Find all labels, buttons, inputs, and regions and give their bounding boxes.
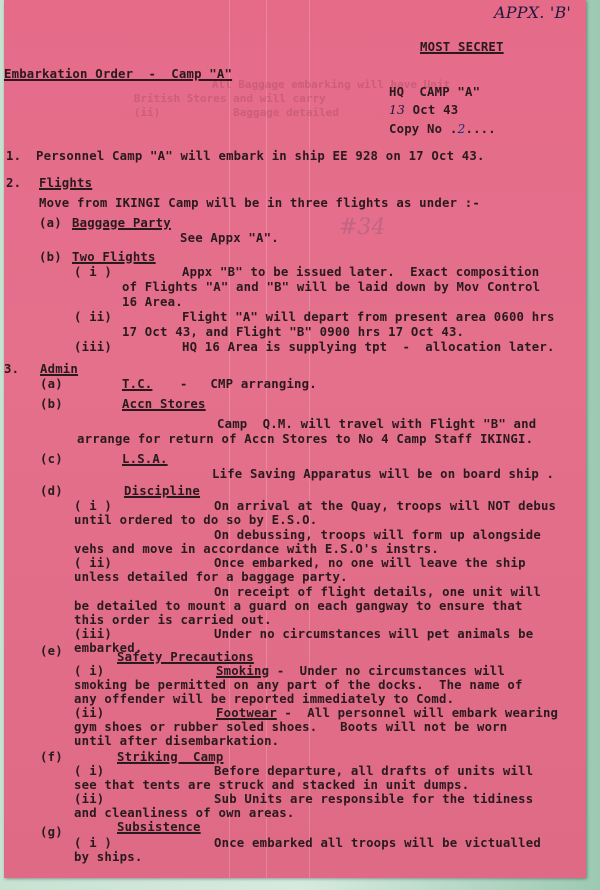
- para-3b-line: arrange for return of Accn Stores to No …: [77, 432, 533, 446]
- document-title: Embarkation Order - Camp "A": [4, 67, 232, 81]
- para-3d-heading: Discipline: [124, 484, 200, 498]
- para-3d-line: On arrival at the Quay, troops will NOT …: [214, 499, 556, 513]
- footwear-subheading: Footwear: [216, 706, 277, 720]
- para-3d-line: On receipt of flight details, one unit w…: [214, 585, 541, 599]
- para-2b-ii-line: Flight "A" will depart from present area…: [182, 310, 555, 324]
- para-2-number: 2.: [6, 176, 21, 190]
- para-1-number: 1.: [6, 149, 21, 163]
- para-3f-heading: Striking Camp: [117, 750, 223, 764]
- para-2a-heading: Baggage Party: [72, 216, 171, 230]
- appendix-annotation: APPX. 'B': [494, 6, 571, 20]
- para-2b-iii-label: (iii): [74, 340, 112, 354]
- para-3d-label: (d): [40, 484, 63, 498]
- para-3d-label-ii: ( ii): [74, 556, 112, 570]
- para-3f-line: Sub Units are responsible for the tidine…: [214, 792, 533, 806]
- para-3f-line: and cleanliness of own areas.: [74, 806, 295, 820]
- para-2a-text: See Appx "A".: [180, 231, 279, 245]
- footwear-text: - All personnel will embark wearing: [277, 706, 558, 720]
- bleed-through-text: British Stores and will carry: [94, 92, 332, 105]
- para-3g-label-i: ( i ): [74, 836, 112, 850]
- para-3c-label: (c): [40, 452, 63, 466]
- para-3e-line: gym shoes or rubber soled shoes. Boots w…: [74, 720, 507, 734]
- para-1-text: Personnel Camp "A" will embark in ship E…: [36, 149, 485, 163]
- para-3e-label: (e): [40, 644, 63, 658]
- copy-label: Copy No .: [389, 122, 457, 136]
- para-3g-line: Once embarked all troops will be victual…: [214, 836, 541, 850]
- para-3-heading: Admin: [40, 362, 78, 376]
- smoking-subheading: Smoking: [216, 664, 269, 678]
- para-3e-line: any offender will be reported immediatel…: [74, 692, 454, 706]
- para-3e-label-i: ( i): [74, 664, 104, 678]
- para-3a-label: (a): [40, 377, 63, 391]
- para-3f-label-ii: (ii): [74, 792, 104, 806]
- para-2b-ii-label: ( ii): [74, 310, 112, 324]
- para-3d-line: Under no circumstances will pet animals …: [214, 627, 533, 641]
- para-3a-heading: T.C.: [122, 377, 152, 391]
- para-3d-line: Once embarked, no one will leave the shi…: [214, 556, 526, 570]
- typed-document-page: All Baggage embarking will have Unit Bri…: [4, 0, 586, 878]
- para-3f-label-i: ( i): [74, 764, 104, 778]
- para-3b-label: (b): [40, 397, 63, 411]
- para-3b-line: Camp Q.M. will travel with Flight "B" an…: [217, 417, 536, 431]
- para-3d-label-iii: (iii): [74, 627, 112, 641]
- date-month-year: Oct 43: [413, 103, 459, 117]
- para-2b-iii-line: HQ 16 Area is supplying tpt - allocation…: [182, 340, 555, 354]
- para-3e-footwear-line: Footwear - All personnel will embark wea…: [216, 706, 558, 720]
- hq-line: HQ CAMP "A": [389, 85, 480, 99]
- para-3e-heading: Safety Precautions: [117, 650, 254, 664]
- para-2b-i-line: 16 Area.: [122, 295, 183, 309]
- para-3e-label-ii: (ii): [74, 706, 104, 720]
- para-2b-ii-line: 17 Oct 43, and Flight "B" 0900 hrs 17 Oc…: [122, 325, 464, 339]
- para-3d-line: unless detailed for a baggage party.: [74, 570, 348, 584]
- faint-stamp-mark: #34: [339, 215, 385, 240]
- handwritten-day: 13: [389, 103, 405, 117]
- date-line: 13 Oct 43: [389, 103, 458, 117]
- para-3d-line: vehs and move in accordance with E.S.O's…: [74, 542, 439, 556]
- para-3c-text: Life Saving Apparatus will be on board s…: [212, 467, 554, 481]
- bleed-through-text: (ii) Baggage detailed: [94, 106, 346, 119]
- para-3g-label: (g): [40, 825, 63, 839]
- para-2-intro: Move from IKINGI Camp will be in three f…: [39, 196, 480, 210]
- para-3d-line: On debussing, troops will form up alongs…: [214, 528, 541, 542]
- para-2a-label: (a): [39, 216, 62, 230]
- para-3e-smoking-line: Smoking - Under no circumstances will: [216, 664, 505, 678]
- para-2-heading: Flights: [39, 176, 92, 190]
- smoking-text: - Under no circumstances will: [269, 664, 505, 678]
- copy-dots: ....: [465, 122, 495, 136]
- para-3b-heading: Accn Stores: [122, 397, 206, 411]
- classification-mark: MOST SECRET: [420, 40, 504, 54]
- para-3d-line: be detailed to mount a guard on each gan…: [74, 599, 523, 613]
- para-3f-line: see that tents are struck and stacked in…: [74, 778, 469, 792]
- para-3f-label: (f): [40, 750, 63, 764]
- para-3d-line: this order is carried out.: [74, 613, 272, 627]
- para-3g-heading: Subsistence: [117, 820, 201, 834]
- para-3d-label-i: ( i ): [74, 499, 112, 513]
- para-3g-line: by ships.: [74, 850, 142, 864]
- para-3d-line: until ordered to do so by E.S.O.: [74, 513, 317, 527]
- para-2b-label: (b): [39, 250, 62, 264]
- para-2b-heading: Two Flights: [72, 250, 156, 264]
- para-3e-line: smoking be permitted on any part of the …: [74, 678, 523, 692]
- para-3f-line: Before departure, all drafts of units wi…: [214, 764, 533, 778]
- para-3c-heading: L.S.A.: [122, 452, 168, 466]
- copy-line: Copy No .2....: [389, 122, 496, 136]
- para-2b-i-line: of Flights "A" and "B" will be laid down…: [122, 280, 540, 294]
- para-3e-line: until after disembarkation.: [74, 734, 279, 748]
- para-3a-text: - CMP arranging.: [180, 377, 317, 391]
- para-2b-i-label: ( i ): [74, 265, 112, 279]
- para-2b-i-line: Appx "B" to be issued later. Exact compo…: [182, 265, 539, 279]
- para-3-number: 3.: [4, 362, 19, 376]
